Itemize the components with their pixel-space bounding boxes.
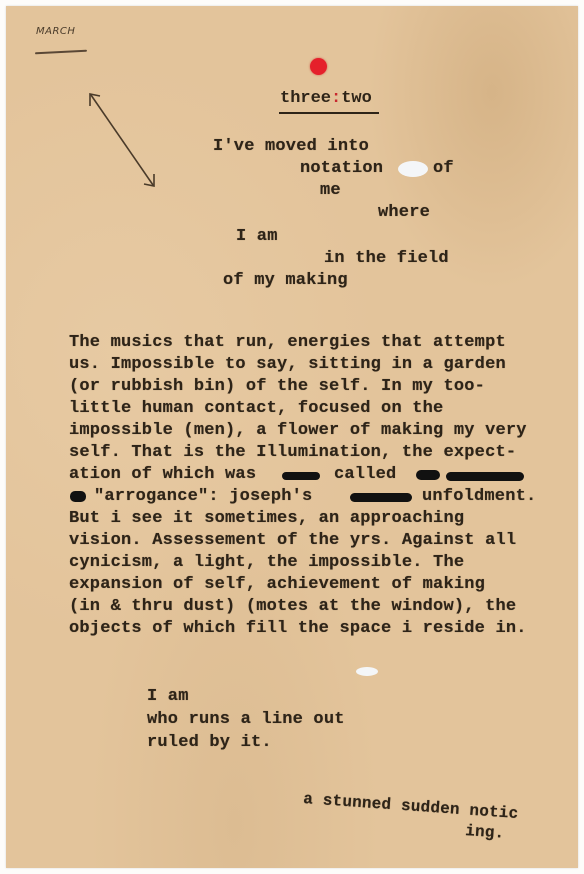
paragraph-line: cynicism, a light, the impossible. The [69, 552, 464, 575]
white-blot [356, 667, 378, 676]
paragraph-line: self. That is the Illumination, the expe… [69, 442, 516, 465]
stanza2-line: ruled by it. [147, 732, 272, 755]
stanza1-line: I've moved into [213, 136, 369, 159]
redaction-mark [416, 470, 440, 480]
paragraph-line: ation of which was [69, 464, 256, 487]
handwritten-month: MARCH [36, 26, 75, 37]
redaction-mark [70, 491, 86, 502]
paragraph-line: impossible (men), a flower of making my … [69, 420, 527, 443]
paragraph-line: vision. Assessement of the yrs. Against … [69, 530, 516, 553]
paragraph-line: us. Impossible to say, sitting in a gard… [69, 354, 506, 377]
redaction-mark [446, 472, 524, 481]
paragraph-line: unfoldment. [422, 486, 536, 509]
stanza1-line: notation [300, 158, 383, 181]
double-arrow-icon [86, 90, 158, 190]
stanza1-line: me [320, 180, 341, 203]
paragraph-line: objects of which fill the space i reside… [69, 618, 527, 641]
paragraph-line: But i see it sometimes, an approaching [69, 508, 464, 531]
title-separator: : [331, 89, 341, 108]
poem-title: three:two [280, 89, 372, 108]
stanza2-line: I am [147, 686, 189, 709]
stanza1-line: in the field [324, 248, 449, 271]
stanza1-line: of my making [223, 270, 348, 293]
red-dot-marker [310, 58, 327, 75]
paragraph-line: (or rubbish bin) of the self. In my too- [69, 376, 485, 399]
paragraph-line: called [334, 464, 396, 487]
stanza1-line: where [378, 202, 430, 225]
redaction-mark [282, 472, 320, 480]
white-blot [398, 161, 428, 177]
paragraph-line: little human contact, focused on the [69, 398, 443, 421]
stanza1-line: I am [236, 226, 278, 249]
paragraph-line: The musics that run, energies that attem… [69, 332, 506, 355]
stanza1-line: of [433, 158, 454, 181]
closing-line: ing. [464, 820, 505, 845]
stanza2-line: who runs a line out [147, 709, 345, 732]
paragraph-line: expansion of self, achievement of making [69, 574, 485, 597]
title-left: three [280, 89, 331, 108]
paragraph-line: "arrogance": joseph's [94, 486, 312, 509]
redaction-mark [350, 493, 412, 502]
title-underline [279, 112, 379, 114]
title-right: two [341, 89, 372, 108]
paragraph-line: (in & thru dust) (motes at the window), … [69, 596, 516, 619]
